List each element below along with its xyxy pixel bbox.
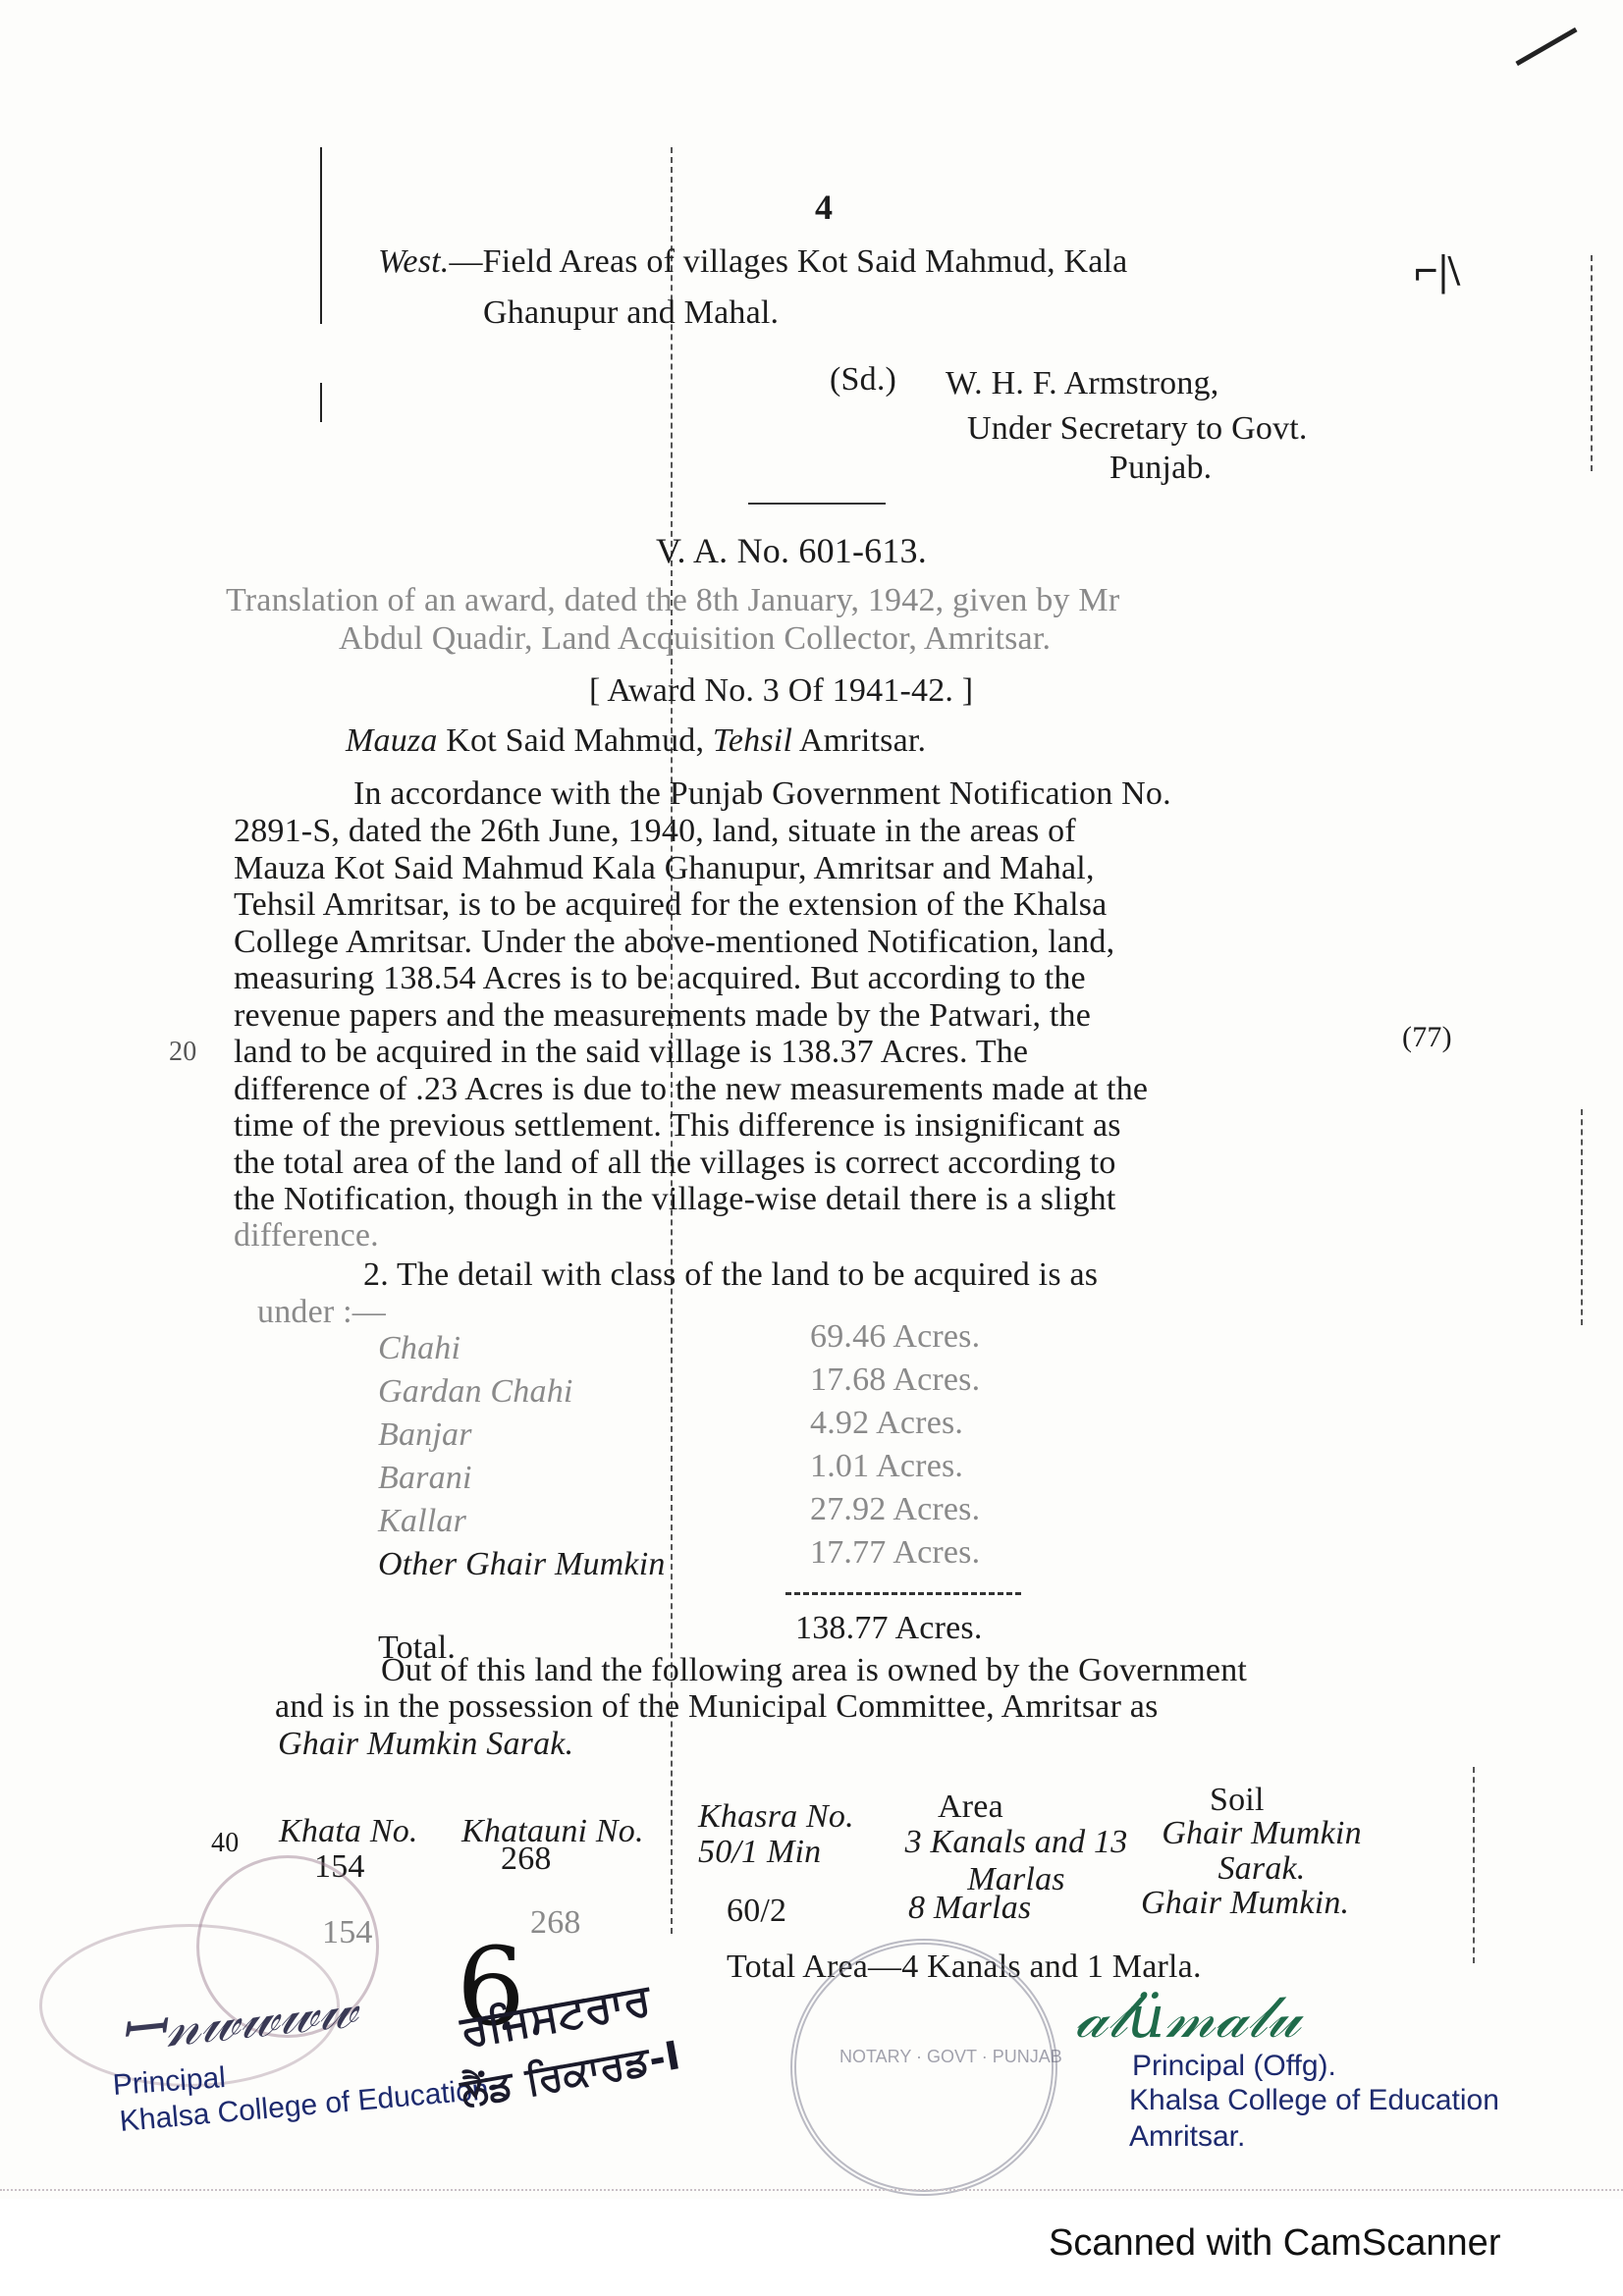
right-attestation-institution: Khalsa College of Education: [1129, 2084, 1499, 2117]
scan-line-left-lower: [320, 383, 322, 422]
row2-khasra: 60/2: [727, 1893, 786, 1930]
para2-line1: 2. The detail with class of the land to …: [363, 1256, 1098, 1294]
row1-khasra: 50/1 Min: [698, 1834, 821, 1871]
west-clause-line1: West.—Field Areas of villages Kot Said M…: [378, 243, 1127, 281]
mauza-line: Mauza Kot Said Mahmud, Tehsil Amritsar.: [346, 722, 926, 760]
land-class-name: Gardan Chahi: [378, 1373, 573, 1411]
margin-number-40: 40: [211, 1828, 239, 1859]
award-number: [ Award No. 3 Of 1941-42. ]: [589, 672, 973, 710]
land-class-name: Kallar: [378, 1503, 466, 1540]
signatory-title: Under Secretary to Govt.: [967, 410, 1308, 448]
land-class-name: Barani: [378, 1460, 472, 1497]
right-attestation-title: Principal (Offg).: [1132, 2050, 1336, 2083]
para1-line-7: land to be acquired in the said village …: [234, 1034, 1028, 1071]
para1-line-2: Mauza Kot Said Mahmud Kala Ghanupur, Amr…: [234, 850, 1095, 887]
land-class-area: 17.77 Acres.: [810, 1534, 980, 1572]
land-class-area: 4.92 Acres.: [810, 1405, 963, 1442]
va-number: V. A. No. 601-613.: [656, 530, 927, 571]
bottom-scan-edge: [0, 2189, 1623, 2191]
land-class-area: 1.01 Acres.: [810, 1448, 963, 1485]
margin-mark-glyph: ⌐|\: [1414, 245, 1460, 295]
sd-label: (Sd.): [830, 361, 896, 399]
footer-bar: Scanned with CamScanner: [0, 2199, 1623, 2296]
land-class-name: Chahi: [378, 1330, 460, 1367]
left-attestation-title: Principal: [112, 2061, 227, 2103]
translation-line2: Abdul Quadir, Land Acquisition Collector…: [339, 620, 1051, 658]
para1-line-10: the total area of the land of all the vi…: [234, 1145, 1116, 1182]
para1-line-1: 2891-S, dated the 26th June, 1940, land,…: [234, 813, 1076, 850]
para3-line2: Ghair Mumkin Sarak.: [278, 1726, 573, 1763]
tehsil-name: Amritsar.: [799, 722, 926, 759]
para1-line-9: time of the previous settlement. This di…: [234, 1107, 1121, 1145]
para1-line-8: difference of .23 Acres is due to the ne…: [234, 1071, 1148, 1108]
signatory-name: W. H. F. Armstrong,: [946, 365, 1218, 402]
header-khatauni: Khatauni No.: [461, 1813, 644, 1850]
para1-line-11: the Notification, though in the village-…: [234, 1181, 1116, 1218]
para1-line-12: difference.: [234, 1217, 379, 1255]
header-soil: Soil: [1210, 1782, 1265, 1819]
fold-line-right: [1591, 255, 1593, 471]
land-class-area: 17.68 Acres.: [810, 1362, 980, 1399]
mauza-name: Kot Said Mahmud,: [446, 722, 704, 759]
row1-area: 3 Kanals and 13 Marlas: [903, 1824, 1129, 1898]
margin-number-20: 20: [169, 1037, 196, 1068]
right-signature: 𝒶𝓁ü𝓂𝒶𝓁𝓊: [1075, 1983, 1300, 2052]
signatory-place: Punjab.: [1109, 450, 1212, 487]
row1-soil: Ghair Mumkin Sarak.: [1139, 1816, 1384, 1887]
row2-khatauni: 268: [530, 1904, 581, 1942]
translation-line1: Translation of an award, dated the 8th J…: [226, 582, 1119, 619]
row2-area: 8 Marlas: [908, 1890, 1031, 1927]
right-margin-mark: (77): [1402, 1021, 1452, 1054]
mauza-label: Mauza: [346, 722, 438, 759]
land-class-area: 27.92 Acres.: [810, 1491, 980, 1528]
para3-line0: Out of this land the following area is o…: [381, 1652, 1247, 1689]
west-label: West.: [378, 243, 449, 280]
land-class-name: Banjar: [378, 1416, 472, 1454]
header-khata: Khata No.: [279, 1813, 418, 1850]
para3-line1: and is in the possession of the Municipa…: [275, 1688, 1159, 1726]
right-attestation-city: Amritsar.: [1129, 2120, 1245, 2154]
land-class-name: Other Ghair Mumkin: [378, 1546, 666, 1583]
west-clause-line2: Ghanupur and Mahal.: [483, 294, 779, 332]
land-class-area: 69.46 Acres.: [810, 1318, 980, 1356]
notary-seal-text: NOTARY · GOVT · PUNJAB: [839, 2047, 1062, 2067]
scan-line-left: [320, 147, 322, 324]
row2-soil: Ghair Mumkin.: [1141, 1885, 1349, 1922]
para1-line-3: Tehsil Amritsar, is to be acquired for t…: [234, 886, 1107, 924]
para1-line-5: measuring 138.54 Acres is to be acquired…: [234, 960, 1086, 997]
total-value: 138.77 Acres.: [795, 1610, 983, 1647]
fold-line-right-lower: [1581, 1109, 1583, 1325]
total-rule: [785, 1592, 1021, 1595]
para1-line-4: College Amritsar. Under the above-mentio…: [234, 924, 1114, 961]
para1-line-0: In accordance with the Punjab Government…: [353, 775, 1171, 813]
notary-seal: [790, 1939, 1057, 2196]
row1-khatauni: 268: [501, 1841, 552, 1878]
fold-line-right-bottom: [1473, 1767, 1475, 1963]
para2-line2: under :—: [257, 1294, 386, 1331]
camscanner-watermark: Scanned with CamScanner: [1049, 2222, 1500, 2265]
page-number: 4: [815, 187, 833, 228]
west-text: —Field Areas of villages Kot Said Mahmud…: [449, 243, 1127, 280]
para1-line-6: revenue papers and the measurements made…: [234, 997, 1091, 1035]
corner-pen-mark: [1515, 27, 1577, 66]
scanned-page: ⌐|\ 4 West.—Field Areas of villages Kot …: [0, 0, 1623, 2199]
section-divider: [748, 503, 886, 505]
tehsil-label: Tehsil: [713, 722, 792, 759]
header-area: Area: [938, 1789, 1003, 1826]
header-khasra: Khasra No.: [698, 1798, 854, 1836]
